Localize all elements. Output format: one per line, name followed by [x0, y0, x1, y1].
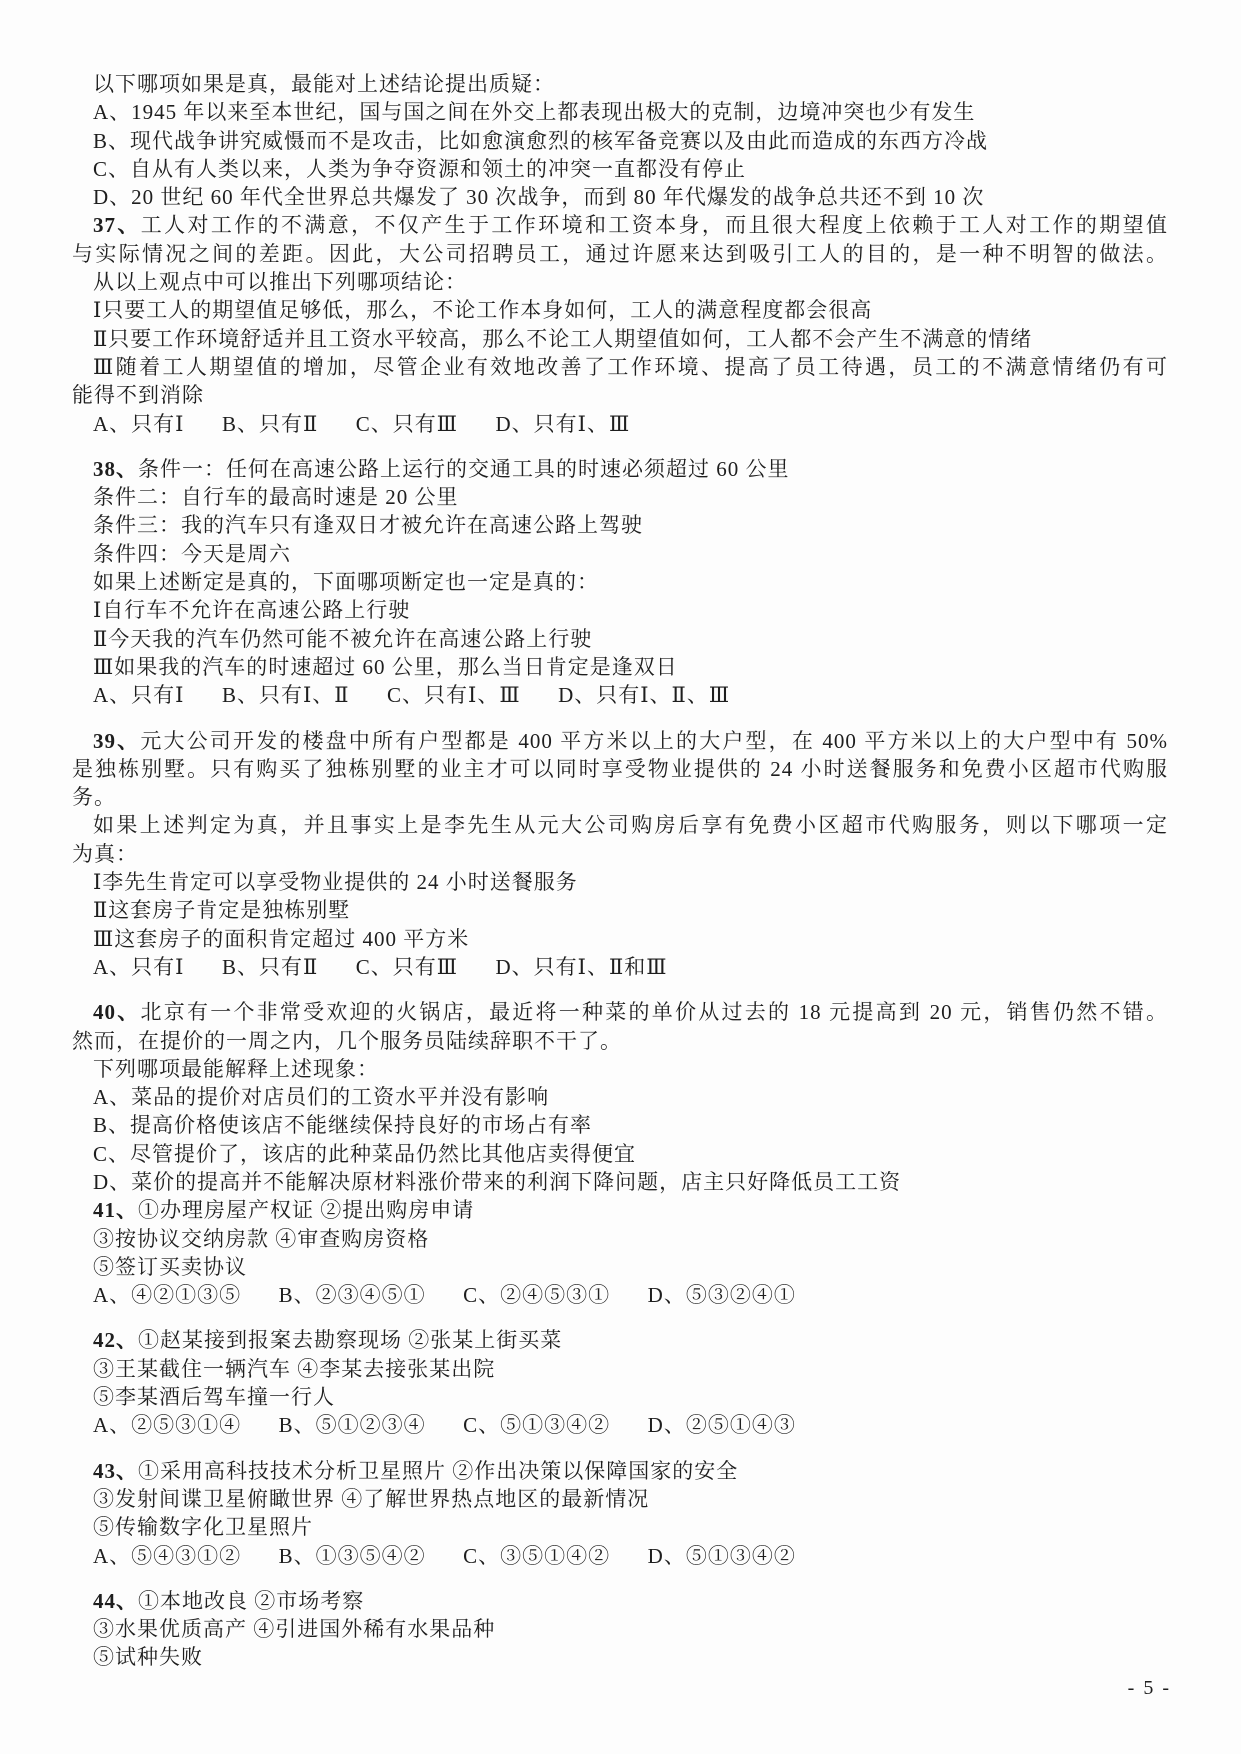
choice-line: A、只有Ⅰ B、只有Ⅰ、Ⅱ C、只有Ⅰ、Ⅲ D、只有Ⅰ、Ⅱ、Ⅲ: [72, 681, 1168, 709]
text-line: 是独栋别墅。只有购买了独栋别墅的业主才可以同时享受物业提供的 24 小时送餐服务…: [72, 755, 1168, 783]
question-line: 38、条件一：任何在高速公路上运行的交通工具的时速必须超过 60 公里: [72, 455, 1168, 483]
choice-line: C、尽管提价了，该店的此种菜品仍然比其他店卖得便宜: [72, 1140, 1168, 1168]
line-text: ③水果优质高产 ④引进国外稀有水果品种: [93, 1617, 495, 1641]
line-text: D、菜价的提高并不能解决原材料涨价带来的利润下降问题，店主只好降低员工工资: [93, 1170, 901, 1194]
text-line: 下列哪项最能解释上述现象：: [72, 1055, 1168, 1083]
statement-line: Ⅰ只要工人的期望值足够低，那么，不论工作本身如何，工人的满意程度都会很高: [72, 296, 1168, 324]
line-text: A、④②①③⑤ B、②③④⑤① C、②④⑤③① D、⑤③②④①: [93, 1283, 796, 1307]
choice-line: D、20 世纪 60 年代全世界总共爆发了 30 次战争，而到 80 年代爆发的…: [72, 183, 1168, 211]
line-text: Ⅰ自行车不允许在高速公路上行驶: [93, 598, 410, 622]
text-line: ③王某截住一辆汽车 ④李某去接张某出院: [72, 1355, 1168, 1383]
text-line: ⑤李某酒后驾车撞一行人: [72, 1383, 1168, 1411]
line-text: ③按协议交纳房款 ④审查购房资格: [93, 1227, 429, 1251]
question-number: 38、: [93, 457, 138, 481]
line-text: Ⅰ李先生肯定可以享受物业提供的 24 小时送餐服务: [93, 870, 578, 894]
line-text: ⑤李某酒后驾车撞一行人: [93, 1385, 335, 1409]
text-line: 条件二：自行车的最高时速是 20 公里: [72, 483, 1168, 511]
statement-line: Ⅲ随着工人期望值的增加，尽管企业有效地改善了工作环境、提高了员工待遇，员工的不满…: [72, 353, 1168, 381]
line-text: Ⅱ这套房子肯定是独栋别墅: [93, 898, 350, 922]
line-text: ①赵某接到报案去勘察现场 ②张某上街买菜: [138, 1328, 562, 1352]
line-text: B、提高价格使该店不能继续保持良好的市场占有率: [93, 1113, 592, 1137]
line-text: ③王某截住一辆汽车 ④李某去接张某出院: [93, 1357, 495, 1381]
line-text: B、现代战争讲究威慑而不是攻击，比如愈演愈烈的核军备竞赛以及由此而造成的东西方冷…: [93, 129, 988, 153]
text-line: 能得不到消除: [72, 381, 1168, 409]
line-text: 如果上述断定是真的，下面哪项断定也一定是真的：: [93, 570, 599, 594]
line-text: 元大公司开发的楼盘中所有户型都是 400 平方米以上的大户型，在 400 平方米…: [140, 729, 1168, 753]
choice-line: D、菜价的提高并不能解决原材料涨价带来的利润下降问题，店主只好降低员工工资: [72, 1168, 1168, 1196]
question-number: 44、: [93, 1589, 138, 1613]
paragraph-gap: [72, 710, 1168, 727]
text-line: 条件三：我的汽车只有逢双日才被允许在高速公路上驾驶: [72, 511, 1168, 539]
statement-line: Ⅱ今天我的汽车仍然可能不被允许在高速公路上行驶: [72, 625, 1168, 653]
statement-line: Ⅱ这套房子肯定是独栋别墅: [72, 896, 1168, 924]
question-number: 43、: [93, 1459, 138, 1483]
text-line: ③按协议交纳房款 ④审查购房资格: [72, 1225, 1168, 1253]
line-text: 为真：: [72, 842, 138, 866]
line-text: 条件二：自行车的最高时速是 20 公里: [93, 485, 459, 509]
statement-line: Ⅰ自行车不允许在高速公路上行驶: [72, 596, 1168, 624]
question-line: 41、①办理房屋产权证 ②提出购房申请: [72, 1196, 1168, 1224]
line-text: Ⅲ随着工人期望值的增加，尽管企业有效地改善了工作环境、提高了员工待遇，员工的不满…: [93, 355, 1168, 379]
line-text: C、尽管提价了，该店的此种菜品仍然比其他店卖得便宜: [93, 1142, 636, 1166]
text-line: 条件四：今天是周六: [72, 540, 1168, 568]
paragraph-gap: [72, 438, 1168, 455]
page-body: 以下哪项如果是真，最能对上述结论提出质疑：A、1945 年以来至本世纪，国与国之…: [72, 70, 1168, 1672]
question-number: 42、: [93, 1328, 138, 1352]
line-text: 条件一：任何在高速公路上运行的交通工具的时速必须超过 60 公里: [138, 457, 790, 481]
line-text: D、20 世纪 60 年代全世界总共爆发了 30 次战争，而到 80 年代爆发的…: [93, 185, 984, 209]
text-line: 与实际情况之间的差距。因此，大公司招聘员工，通过许愿来达到吸引工人的目的，是一种…: [72, 240, 1168, 268]
line-text: ③发射间谍卫星俯瞰世界 ④了解世界热点地区的最新情况: [93, 1487, 649, 1511]
choice-line: B、提高价格使该店不能继续保持良好的市场占有率: [72, 1111, 1168, 1139]
line-text: 北京有一个非常受欢迎的火锅店，最近将一种菜的单价从过去的 18 元提高到 20 …: [140, 1000, 1168, 1024]
line-text: A、只有Ⅰ B、只有Ⅰ、Ⅱ C、只有Ⅰ、Ⅲ D、只有Ⅰ、Ⅱ、Ⅲ: [93, 683, 730, 707]
question-number: 39、: [93, 729, 140, 753]
question-line: 39、元大公司开发的楼盘中所有户型都是 400 平方米以上的大户型，在 400 …: [72, 727, 1168, 755]
text-line: 如果上述判定为真，并且事实上是李先生从元大公司购房后享有免费小区超市代购服务，则…: [72, 811, 1168, 839]
question-number: 41、: [93, 1198, 138, 1222]
line-text: 能得不到消除: [72, 383, 204, 407]
line-text: 务。: [72, 785, 116, 809]
question-number: 37、: [93, 213, 141, 237]
question-number: 40、: [93, 1000, 140, 1024]
statement-line: Ⅲ如果我的汽车的时速超过 60 公里，那么当日肯定是逢双日: [72, 653, 1168, 681]
line-text: 与实际情况之间的差距。因此，大公司招聘员工，通过许愿来达到吸引工人的目的，是一种…: [72, 242, 1168, 266]
paragraph-gap: [72, 1440, 1168, 1457]
line-text: Ⅲ这套房子的面积肯定超过 400 平方米: [93, 927, 469, 951]
choice-line: A、只有Ⅰ B、只有Ⅱ C、只有Ⅲ D、只有Ⅰ、Ⅱ和Ⅲ: [72, 953, 1168, 981]
choice-line: B、现代战争讲究威慑而不是攻击，比如愈演愈烈的核军备竞赛以及由此而造成的东西方冷…: [72, 127, 1168, 155]
paragraph-gap: [72, 1309, 1168, 1326]
text-line: ⑤传输数字化卫星照片: [72, 1513, 1168, 1541]
page-number: - 5 -: [1128, 1674, 1171, 1702]
statement-line: Ⅰ李先生肯定可以享受物业提供的 24 小时送餐服务: [72, 868, 1168, 896]
line-text: 下列哪项最能解释上述现象：: [93, 1057, 379, 1081]
statement-line: Ⅲ这套房子的面积肯定超过 400 平方米: [72, 925, 1168, 953]
line-text: Ⅱ只要工作环境舒适并且工资水平较高，那么不论工人期望值如何，工人都不会产生不满意…: [93, 327, 1032, 351]
line-text: ①办理房屋产权证 ②提出购房申请: [138, 1198, 474, 1222]
line-text: A、1945 年以来至本世纪，国与国之间在外交上都表现出极大的克制，边境冲突也少…: [93, 100, 975, 124]
line-text: C、自从有人类以来，人类为争夺资源和领土的冲突一直都没有停止: [93, 157, 746, 181]
line-text: ⑤传输数字化卫星照片: [93, 1515, 313, 1539]
text-line: ③水果优质高产 ④引进国外稀有水果品种: [72, 1615, 1168, 1643]
text-line: 然而，在提价的一周之内，几个服务员陆续辞职不干了。: [72, 1027, 1168, 1055]
question-line: 44、①本地改良 ②市场考察: [72, 1587, 1168, 1615]
line-text: 条件四：今天是周六: [93, 542, 291, 566]
line-text: 从以上观点中可以推出下列哪项结论：: [93, 270, 467, 294]
line-text: A、菜品的提价对店员们的工资水平并没有影响: [93, 1085, 549, 1109]
text-line: 为真：: [72, 840, 1168, 868]
question-line: 43、①采用高科技技术分析卫星照片 ②作出决策以保障国家的安全: [72, 1457, 1168, 1485]
choice-line: A、②⑤③①④ B、⑤①②③④ C、⑤①③④② D、②⑤①④③: [72, 1411, 1168, 1439]
line-text: 以下哪项如果是真，最能对上述结论提出质疑：: [93, 72, 555, 96]
choice-line: C、自从有人类以来，人类为争夺资源和领土的冲突一直都没有停止: [72, 155, 1168, 183]
line-text: 然而，在提价的一周之内，几个服务员陆续辞职不干了。: [72, 1029, 622, 1053]
line-text: 工人对工作的不满意，不仅产生于工作环境和工资本身，而且很大程度上依赖于工人对工作…: [141, 213, 1168, 237]
choice-line: A、⑤④③①② B、①③⑤④② C、③⑤①④② D、⑤①③④②: [72, 1542, 1168, 1570]
line-text: Ⅲ如果我的汽车的时速超过 60 公里，那么当日肯定是逢双日: [93, 655, 678, 679]
text-line: 从以上观点中可以推出下列哪项结论：: [72, 268, 1168, 296]
line-text: 如果上述判定为真，并且事实上是李先生从元大公司购房后享有免费小区超市代购服务，则…: [93, 813, 1168, 837]
choice-line: A、1945 年以来至本世纪，国与国之间在外交上都表现出极大的克制，边境冲突也少…: [72, 98, 1168, 126]
question-line: 42、①赵某接到报案去勘察现场 ②张某上街买菜: [72, 1326, 1168, 1354]
text-line: ⑤签订买卖协议: [72, 1253, 1168, 1281]
text-line: ⑤试种失败: [72, 1643, 1168, 1671]
line-text: A、只有Ⅰ B、只有Ⅱ C、只有Ⅲ D、只有Ⅰ、Ⅲ: [93, 412, 630, 436]
text-line: 务。: [72, 783, 1168, 811]
exam-page: 以下哪项如果是真，最能对上述结论提出质疑：A、1945 年以来至本世纪，国与国之…: [0, 0, 1241, 1754]
question-line: 40、北京有一个非常受欢迎的火锅店，最近将一种菜的单价从过去的 18 元提高到 …: [72, 998, 1168, 1026]
statement-line: Ⅱ只要工作环境舒适并且工资水平较高，那么不论工人期望值如何，工人都不会产生不满意…: [72, 325, 1168, 353]
line-text: ①采用高科技技术分析卫星照片 ②作出决策以保障国家的安全: [138, 1459, 738, 1483]
text-line: 如果上述断定是真的，下面哪项断定也一定是真的：: [72, 568, 1168, 596]
choice-line: A、菜品的提价对店员们的工资水平并没有影响: [72, 1083, 1168, 1111]
line-text: A、⑤④③①② B、①③⑤④② C、③⑤①④② D、⑤①③④②: [93, 1544, 796, 1568]
line-text: ⑤签订买卖协议: [93, 1255, 247, 1279]
line-text: A、只有Ⅰ B、只有Ⅱ C、只有Ⅲ D、只有Ⅰ、Ⅱ和Ⅲ: [93, 955, 667, 979]
line-text: ①本地改良 ②市场考察: [138, 1589, 364, 1613]
paragraph-gap: [72, 1570, 1168, 1587]
line-text: Ⅱ今天我的汽车仍然可能不被允许在高速公路上行驶: [93, 627, 592, 651]
line-text: 是独栋别墅。只有购买了独栋别墅的业主才可以同时享受物业提供的 24 小时送餐服务…: [72, 757, 1168, 781]
line-text: 条件三：我的汽车只有逢双日才被允许在高速公路上驾驶: [93, 513, 643, 537]
text-line: 以下哪项如果是真，最能对上述结论提出质疑：: [72, 70, 1168, 98]
line-text: A、②⑤③①④ B、⑤①②③④ C、⑤①③④② D、②⑤①④③: [93, 1413, 796, 1437]
line-text: Ⅰ只要工人的期望值足够低，那么，不论工作本身如何，工人的满意程度都会很高: [93, 298, 872, 322]
text-line: ③发射间谍卫星俯瞰世界 ④了解世界热点地区的最新情况: [72, 1485, 1168, 1513]
line-text: ⑤试种失败: [93, 1645, 203, 1669]
paragraph-gap: [72, 981, 1168, 998]
question-line: 37、工人对工作的不满意，不仅产生于工作环境和工资本身，而且很大程度上依赖于工人…: [72, 211, 1168, 239]
choice-line: A、④②①③⑤ B、②③④⑤① C、②④⑤③① D、⑤③②④①: [72, 1281, 1168, 1309]
choice-line: A、只有Ⅰ B、只有Ⅱ C、只有Ⅲ D、只有Ⅰ、Ⅲ: [72, 410, 1168, 438]
